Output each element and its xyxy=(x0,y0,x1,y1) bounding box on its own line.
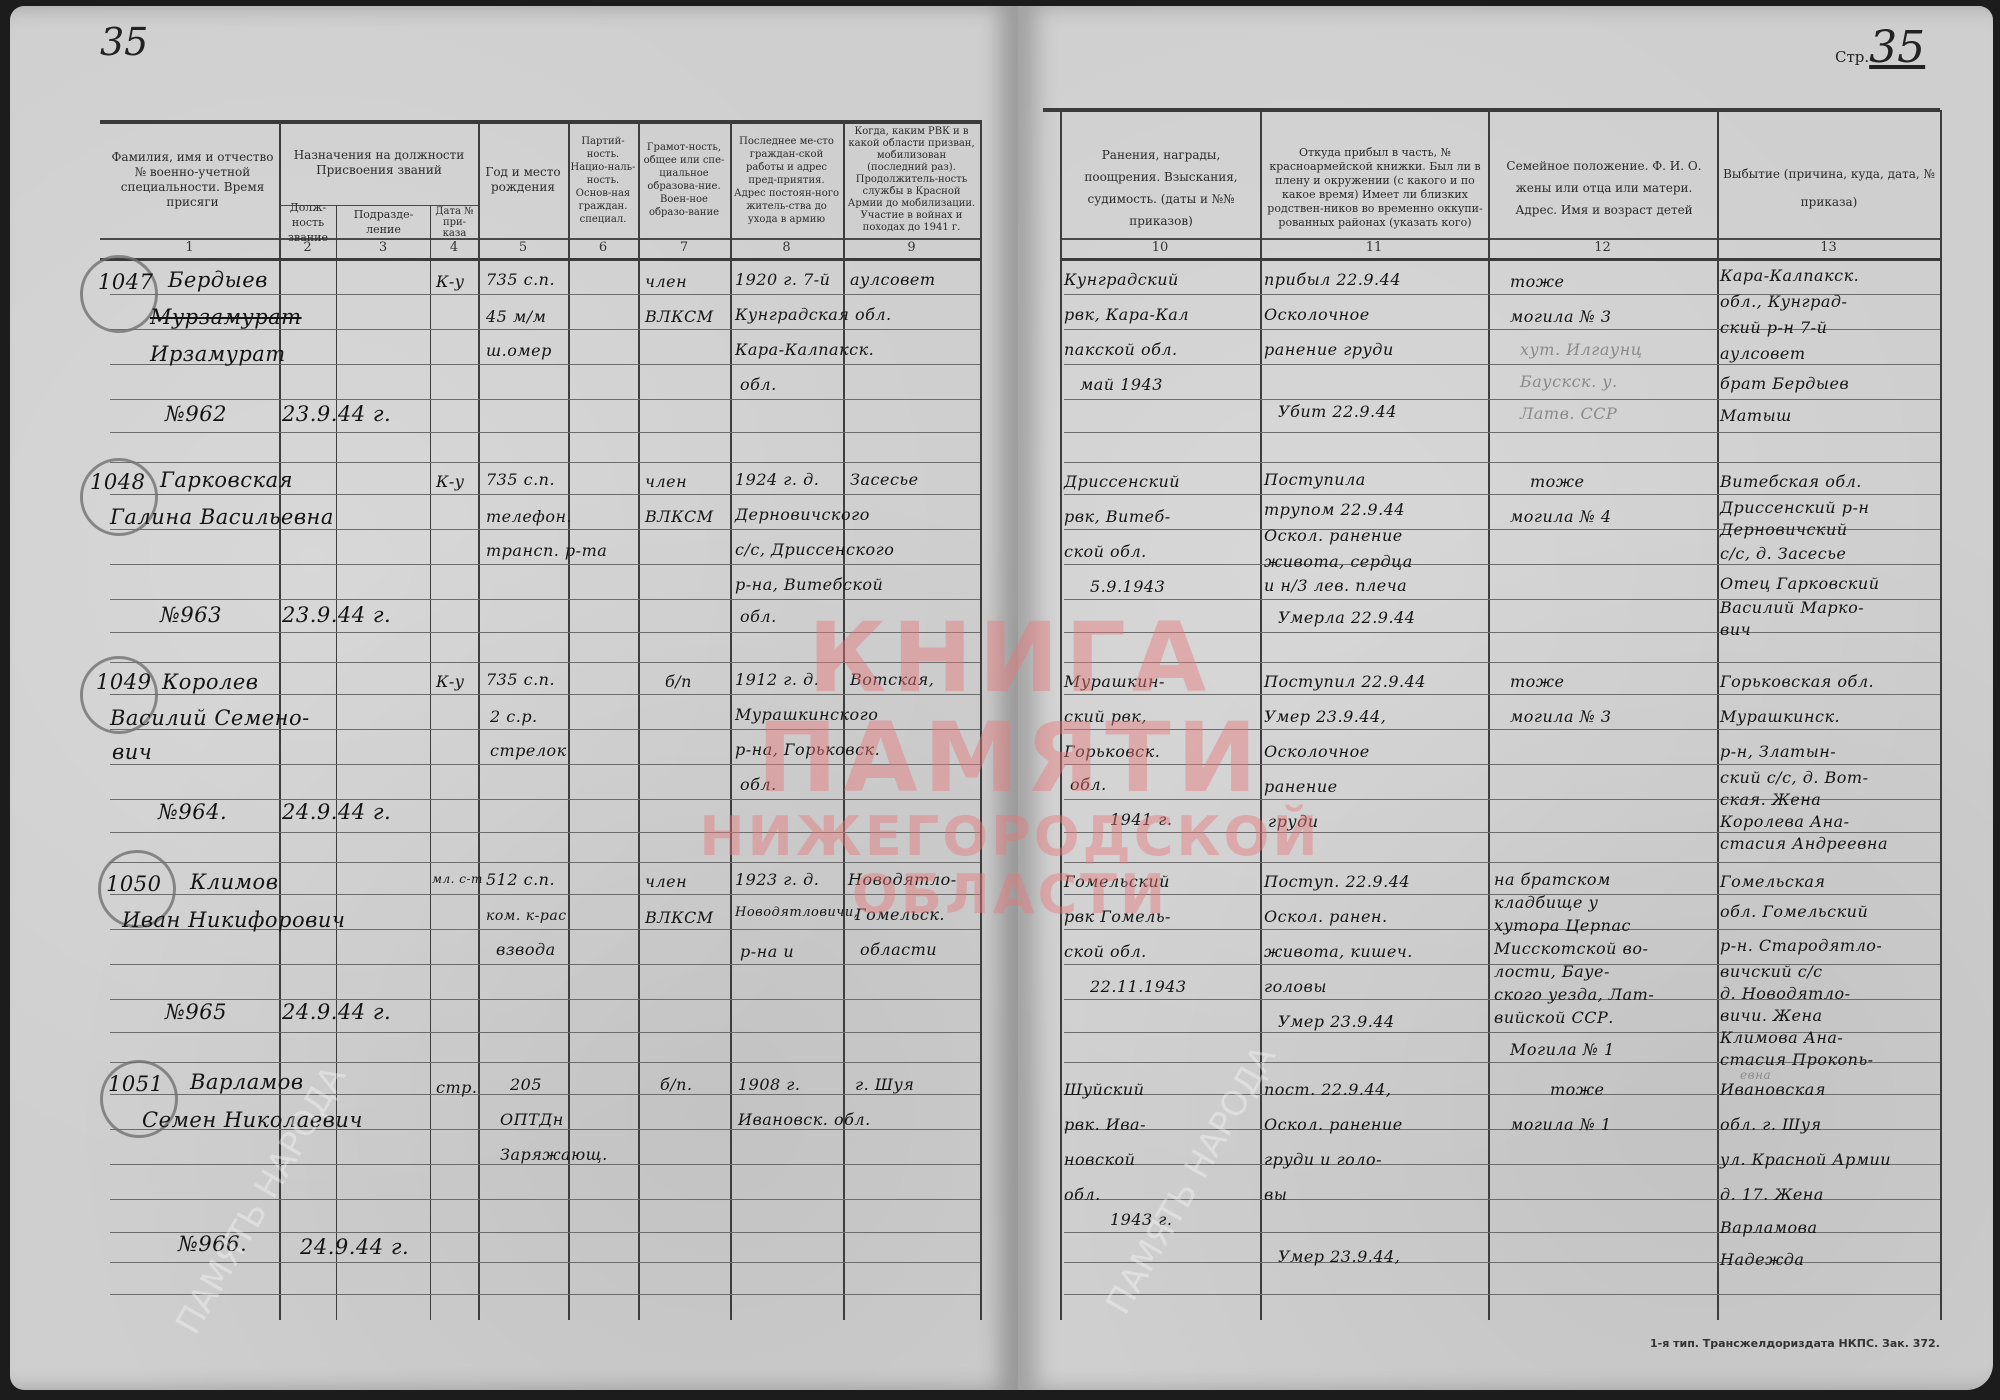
birth-info: Кара-Калпакск. xyxy=(735,340,874,359)
header-col-3: Подразде-ление xyxy=(338,207,429,237)
header-col-8: Последнее ме-сто граждан-ской работы и а… xyxy=(732,124,841,236)
birth-info: Мурашкинского xyxy=(735,705,878,724)
arrival-info: головы xyxy=(1264,977,1327,996)
arrival-info: трупом 22.9.44 xyxy=(1264,500,1405,519)
col-number: 10 xyxy=(1060,240,1260,255)
col-number: 1 xyxy=(100,240,279,255)
wounds-info: рвк, Витеб- xyxy=(1064,507,1171,526)
arrival-info: Убит 22.9.44 xyxy=(1278,402,1397,421)
wounds-info: ской обл. xyxy=(1064,542,1147,561)
col-divider xyxy=(1940,110,1942,1320)
birth-info: 1924 г. д. xyxy=(735,470,819,489)
ruled-line xyxy=(1064,432,1940,433)
birth-info: обл. xyxy=(740,607,777,626)
wounds-info: Мурашкин- xyxy=(1064,672,1165,691)
arrival-info: Умер 23.9.44 xyxy=(1278,1012,1395,1031)
arrival-info: ранение xyxy=(1264,777,1338,796)
entry-circle-mark xyxy=(80,255,158,333)
family-info: тоже xyxy=(1530,472,1584,491)
oath-date: 23.9.44 г. xyxy=(282,603,391,627)
family-info: Латв. ССР xyxy=(1520,404,1617,423)
entry-number: 1051 xyxy=(108,1072,163,1096)
ruled-line xyxy=(110,694,980,695)
wounds-info: обл. xyxy=(1064,1185,1101,1204)
ruled-line xyxy=(110,564,980,565)
unit: 735 с.п. xyxy=(486,470,555,489)
party: б/п. xyxy=(660,1075,693,1094)
ruled-line xyxy=(110,294,980,295)
family-info: тоже xyxy=(1550,1080,1604,1099)
family-info: тоже xyxy=(1510,672,1564,691)
family-info: ского уезда, Лат- xyxy=(1494,985,1654,1004)
ruled-line xyxy=(1064,364,1940,365)
exit-info: обл. г. Шуя xyxy=(1720,1115,1822,1134)
col-number: 4 xyxy=(430,240,478,255)
ruled-line xyxy=(110,894,980,895)
ruled-line xyxy=(110,964,980,965)
birth-info: р-на и xyxy=(740,942,794,961)
page-number-value: 35 xyxy=(1869,22,1925,73)
birth-info: 1912 г. д. xyxy=(735,670,819,689)
wounds-info: 1941 г. xyxy=(1110,810,1172,829)
ruled-line xyxy=(1064,632,1940,633)
ruled-line xyxy=(110,799,980,800)
rank: К-у xyxy=(436,472,465,491)
surname: Королев xyxy=(162,670,259,694)
header-col-9: Когда, каким РВК и в какой области призв… xyxy=(845,124,978,236)
education: ВЛКСМ xyxy=(645,507,714,526)
birth-info: обл. xyxy=(740,375,777,394)
exit-info: вичский с/с xyxy=(1720,962,1823,981)
exit-info: стасия Прокопь- xyxy=(1720,1050,1874,1069)
unit: взвода xyxy=(496,940,556,959)
family-info: хут. Илгаунц xyxy=(1520,340,1642,359)
wounds-info: май 1943 xyxy=(1080,375,1163,394)
family-info: лости, Бауе- xyxy=(1494,962,1610,981)
arrival-info: живота, сердца xyxy=(1264,552,1413,571)
col-divider xyxy=(980,120,982,1320)
arrival-info: прибыл 22.9.44 xyxy=(1264,270,1401,289)
wounds-info: рвк Гомель- xyxy=(1064,907,1171,926)
conscription-info: области xyxy=(860,940,937,959)
given-name: Ирзамурат xyxy=(150,342,286,366)
printer-imprint: 1-я тип. Трансжелдориздата НКПС. Зак. 37… xyxy=(1650,1337,1940,1350)
header-col-2: Долж-ность звание xyxy=(281,207,335,237)
arrival-info: и н/3 лев. плеча xyxy=(1264,576,1407,595)
birth-info: Ивановск. обл. xyxy=(738,1110,871,1129)
family-info: хутора Церпас xyxy=(1494,916,1631,935)
left-page-number: 35 xyxy=(100,20,148,64)
oath-date: 24.9.44 г. xyxy=(300,1235,409,1259)
col-number: 2 xyxy=(279,240,336,255)
oath-date: 23.9.44 г. xyxy=(282,402,391,426)
wounds-info: 22.11.1943 xyxy=(1090,977,1187,996)
ruled-line xyxy=(1064,832,1940,833)
surname: Бердыев xyxy=(168,268,268,292)
wounds-info: обл. xyxy=(1070,775,1107,794)
wounds-info: ский рвк, xyxy=(1064,707,1147,726)
given-name: Иван Никифорович xyxy=(122,908,345,932)
surname: Варламов xyxy=(190,1070,304,1094)
family-info: на братском xyxy=(1494,870,1611,889)
birth-info: Дерновичского xyxy=(735,505,870,524)
exit-info: Дриссенский р-н xyxy=(1720,498,1869,517)
col-number: 7 xyxy=(638,240,730,255)
unit: 735 с.п. xyxy=(486,270,555,289)
ruled-line xyxy=(110,632,980,633)
exit-info: Королева Ана- xyxy=(1720,812,1850,831)
ruled-line xyxy=(110,862,980,863)
unit: ОПТДн xyxy=(500,1110,564,1129)
arrival-info: Оскол. ранен. xyxy=(1264,907,1388,926)
wounds-info: Гомельский xyxy=(1064,872,1170,891)
entry-number: 1049 xyxy=(96,670,151,694)
conscription-info: Засесье xyxy=(850,470,919,489)
arrival-info: груди xyxy=(1268,812,1319,831)
col-number: 6 xyxy=(568,240,638,255)
exit-info: Климова Ана- xyxy=(1720,1028,1843,1047)
col-divider xyxy=(730,120,732,1320)
unit: ком. к-рас xyxy=(486,908,567,924)
arrival-info: Поступ. 22.9.44 xyxy=(1264,872,1410,891)
ruled-line xyxy=(1064,694,1940,695)
arrival-info: Поступила xyxy=(1264,470,1366,489)
ruled-line xyxy=(110,529,980,530)
exit-info: вич xyxy=(1720,620,1751,639)
entry-number: 1050 xyxy=(106,872,161,896)
ruled-line xyxy=(1064,1294,1940,1295)
family-info: вийской ССР. xyxy=(1494,1008,1614,1027)
wounds-info: пакской обл. xyxy=(1064,340,1178,359)
birth-info: р-на, Витебской xyxy=(735,575,883,594)
given-name-struck: Мурзамурат xyxy=(150,305,302,329)
col-number: 12 xyxy=(1488,240,1717,255)
rank: К-у xyxy=(436,672,465,691)
col-divider xyxy=(568,120,570,1320)
ruled-line xyxy=(110,432,980,433)
unit: 512 с.п. xyxy=(486,870,555,889)
wounds-info: Кунградский xyxy=(1064,270,1179,289)
col-number: 5 xyxy=(478,240,568,255)
exit-info: Ивановская xyxy=(1720,1080,1826,1099)
col-divider xyxy=(478,120,480,1320)
unit: телефон. xyxy=(486,507,572,526)
unit: трансп. р-та xyxy=(486,541,607,560)
header-group-2-4: Назначения на должности Присвоения звани… xyxy=(281,122,477,204)
family-info: могила № 3 xyxy=(1510,307,1612,326)
exit-info: аулсовет xyxy=(1720,344,1806,363)
exit-info: Горьковская обл. xyxy=(1720,672,1874,691)
header-col-10: Ранения, награды, поощрения. Взыскания, … xyxy=(1066,140,1256,236)
conscription-info: Гомельск. xyxy=(855,905,945,924)
unit: 205 xyxy=(510,1075,542,1094)
exit-info: Кара-Калпакск. xyxy=(1720,266,1859,285)
rank: мл. с-т xyxy=(432,872,483,886)
family-info: кладбище у xyxy=(1494,893,1598,912)
col-divider xyxy=(638,120,640,1320)
arrival-info: Оскол. ранение xyxy=(1264,526,1403,545)
vus-number: №962 xyxy=(165,402,227,426)
given-name-cont: вич xyxy=(112,740,152,764)
header-col-12: Семейное положение. Ф. И. О. жены или от… xyxy=(1494,140,1714,236)
exit-info: ский р-н 7-й xyxy=(1720,318,1827,337)
wounds-info: Шуйский xyxy=(1064,1080,1144,1099)
education: ВЛКСМ xyxy=(645,307,714,326)
ruled-line xyxy=(110,1032,980,1033)
arrival-info: пост. 22.9.44, xyxy=(1264,1080,1391,1099)
ruled-line xyxy=(1064,494,1940,495)
entry-number: 1047 xyxy=(98,270,153,294)
conscription-info: Новодятло- xyxy=(848,870,957,889)
birth-info: р-на, Горьковск. xyxy=(735,740,880,759)
birth-info: 1923 г. д. xyxy=(735,870,819,889)
exit-info: Витебская обл. xyxy=(1720,472,1862,491)
family-info: тоже xyxy=(1510,272,1564,291)
arrival-info: Поступил 22.9.44 xyxy=(1264,672,1426,691)
vus-number: №963 xyxy=(160,603,222,627)
birth-info: 1920 г. 7-й xyxy=(735,270,830,289)
arrival-info: ранение груди xyxy=(1264,340,1394,359)
family-info: Баускск. у. xyxy=(1520,372,1618,391)
arrival-info: Умерла 22.9.44 xyxy=(1278,608,1415,627)
ruled-line xyxy=(1064,462,1940,463)
left-numbers-bottom-rule xyxy=(100,258,980,261)
wounds-info: Дриссенский xyxy=(1064,472,1180,491)
party: член xyxy=(645,272,687,291)
header-col-11: Откуда прибыл в часть, № красноармейской… xyxy=(1264,140,1486,236)
exit-info: Надежда xyxy=(1720,1250,1804,1269)
header-col-5: Год и место рождения xyxy=(480,124,566,236)
given-name: Василий Семено- xyxy=(110,706,310,730)
col-divider xyxy=(1060,110,1062,1320)
birth-info: Новодятловичи, xyxy=(735,905,858,920)
col-number: 13 xyxy=(1717,240,1940,255)
exit-info: обл., Кунград- xyxy=(1720,292,1847,311)
exit-info: ул. Красной Армии xyxy=(1720,1150,1891,1169)
header-col-7: Грамот-ность, общее или спе-циальное обр… xyxy=(640,124,728,236)
ruled-line xyxy=(110,329,980,330)
ruled-line xyxy=(110,1094,980,1095)
wounds-info: рвк, Кара-Кал xyxy=(1064,305,1189,324)
ruled-line xyxy=(110,662,980,663)
right-table-top-rule xyxy=(1043,108,1940,112)
rank: стр. xyxy=(436,1078,477,1097)
exit-info: Василий Марко- xyxy=(1720,598,1864,617)
oath-date: 24.9.44 г. xyxy=(282,800,391,824)
exit-info: Дерновичский xyxy=(1720,520,1848,539)
col-divider xyxy=(1260,110,1262,1320)
col-number: 3 xyxy=(336,240,430,255)
arrival-info: Осколочное xyxy=(1264,305,1370,324)
unit: 2 с.р. xyxy=(490,707,538,726)
rank: К-у xyxy=(436,272,465,291)
unit: ш.омер xyxy=(486,341,552,360)
entry-number: 1048 xyxy=(90,470,145,494)
exit-info: Варламова xyxy=(1720,1218,1818,1237)
wounds-info: рвк. Ива- xyxy=(1064,1115,1146,1134)
exit-info: р-н, Златын- xyxy=(1720,742,1836,761)
exit-info: д. 17. Жена xyxy=(1720,1185,1824,1204)
unit: 735 с.п. xyxy=(486,670,555,689)
arrival-info: Умер 23.9.44, xyxy=(1264,707,1386,726)
wounds-info: новской xyxy=(1064,1150,1135,1169)
unit: Заряжающ. xyxy=(500,1145,608,1164)
ruled-line xyxy=(110,1164,980,1165)
party: б/п xyxy=(665,672,692,691)
ruled-line xyxy=(1064,764,1940,765)
ruled-line xyxy=(1064,399,1940,400)
header-col-1: Фамилия, имя и отчество № военно-учетной… xyxy=(110,124,275,236)
party: член xyxy=(645,872,687,891)
party: член xyxy=(645,472,687,491)
ruled-line xyxy=(1064,564,1940,565)
page-label: Стр. xyxy=(1835,48,1869,66)
arrival-info: груди и голо- xyxy=(1264,1150,1382,1169)
wounds-info: ской обл. xyxy=(1064,942,1147,961)
arrival-info: Умер 23.9.44, xyxy=(1278,1247,1400,1266)
exit-info: с/с, д. Засесье xyxy=(1720,544,1846,563)
family-info: могила № 3 xyxy=(1510,707,1612,726)
col-number: 8 xyxy=(730,240,843,255)
exit-info: вичи. Жена xyxy=(1720,1006,1823,1025)
right-page-number: Стр.35 xyxy=(1835,22,1925,73)
ruled-line xyxy=(110,832,980,833)
vus-number: №965 xyxy=(165,1000,227,1024)
exit-info: ская. Жена xyxy=(1720,790,1821,809)
vus-number: №964. xyxy=(158,800,227,824)
conscription-info: Вотская, xyxy=(850,670,934,689)
ruled-line xyxy=(110,494,980,495)
arrival-info: Оскол. ранение xyxy=(1264,1115,1403,1134)
oath-date: 24.9.44 г. xyxy=(282,1000,391,1024)
ruled-line xyxy=(110,764,980,765)
wounds-info: Горьковск. xyxy=(1064,742,1160,761)
col-number: 9 xyxy=(843,240,980,255)
ruled-line xyxy=(110,1062,980,1063)
exit-info: Матыш xyxy=(1720,406,1792,425)
family-info: могила № 1 xyxy=(1510,1115,1612,1134)
ruled-line xyxy=(110,399,980,400)
ruled-line xyxy=(110,999,980,1000)
right-numbers-bottom-rule xyxy=(1060,258,1940,261)
arrival-info: живота, кишеч. xyxy=(1264,942,1413,961)
birth-info: с/с, Дриссенского xyxy=(735,540,894,559)
given-name: Галина Васильевна xyxy=(110,505,334,529)
col-number: 11 xyxy=(1260,240,1488,255)
exit-info: Гомельская xyxy=(1720,872,1826,891)
unit: 45 м/м xyxy=(486,307,546,326)
exit-info: стасия Андреевна xyxy=(1720,834,1888,853)
col-divider xyxy=(1488,110,1490,1320)
birth-info: Кунградская обл. xyxy=(735,305,892,324)
birth-info: обл. xyxy=(740,775,777,794)
exit-info: брат Бердыев xyxy=(1720,374,1849,393)
exit-info: Мурашкинск. xyxy=(1720,707,1840,726)
ruled-line xyxy=(1064,662,1940,663)
family-info: Могила № 1 xyxy=(1510,1040,1615,1059)
surname: Климов xyxy=(190,870,278,894)
exit-info: д. Новодятло- xyxy=(1720,984,1850,1003)
ruled-line xyxy=(1064,729,1940,730)
family-info: Мисскотской во- xyxy=(1494,939,1648,958)
conscription-info: аулсовет xyxy=(850,270,936,289)
surname: Гарковская xyxy=(160,468,293,492)
ruled-line xyxy=(1064,862,1940,863)
family-info: могила № 4 xyxy=(1510,507,1612,526)
birth-info: 1908 г. xyxy=(738,1075,800,1094)
ruled-line xyxy=(110,1294,980,1295)
col-divider xyxy=(430,205,431,1320)
exit-info: р-н. Стародятло- xyxy=(1720,936,1882,955)
exit-info: обл. Гомельский xyxy=(1720,902,1868,921)
unit: стрелок xyxy=(490,741,567,760)
conscription-info: г. Шуя xyxy=(855,1075,914,1094)
col-divider xyxy=(1717,110,1719,1320)
ruled-line xyxy=(1064,1262,1940,1263)
header-col-6: Партий-ность. Нацио-наль-ность. Основ-на… xyxy=(570,124,636,236)
ruled-line xyxy=(110,462,980,463)
ruled-line xyxy=(110,599,980,600)
arrival-info: вы xyxy=(1264,1185,1287,1204)
wounds-info: 5.9.1943 xyxy=(1090,577,1165,596)
education: ВЛКСМ xyxy=(645,908,714,927)
header-col-4: Дата № при-каза xyxy=(432,207,477,237)
exit-info: ский с/с, д. Вот- xyxy=(1720,768,1868,787)
arrival-info: Осколочное xyxy=(1264,742,1370,761)
header-col-13: Выбытие (причина, куда, дата, № приказа) xyxy=(1722,140,1936,236)
exit-info: Отец Гарковский xyxy=(1720,574,1880,593)
col-divider xyxy=(336,205,337,1320)
